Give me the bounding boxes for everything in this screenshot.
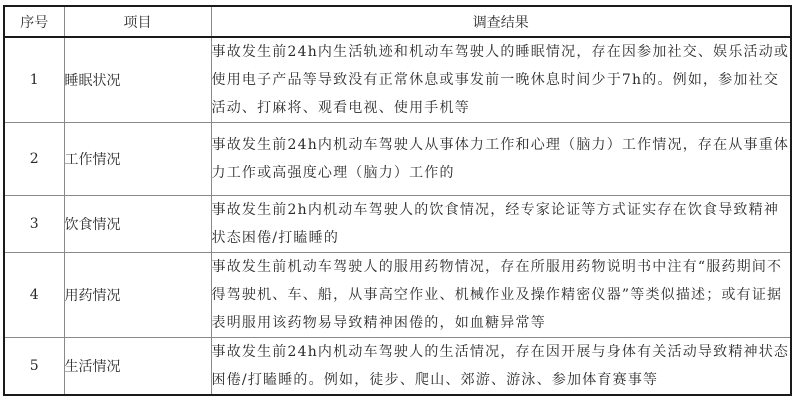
- row-number: 4: [4, 253, 64, 338]
- row-result: 事故发生前2h内机动车驾驶人的饮食情况，经专家论证等方式证实存在饮食导致精神状态…: [211, 196, 791, 253]
- survey-results-table: 序号 项目 调查结果 1 睡眠状况 事故发生前24h内生活轨迹和机动车驾驶人的睡…: [3, 5, 792, 396]
- row-result: 事故发生前24h内机动车驾驶人从事体力工作和心理（脑力）工作情况，存在从事重体力…: [211, 123, 791, 196]
- header-item: 项目: [64, 6, 211, 37]
- table-row: 2 工作情况 事故发生前24h内机动车驾驶人从事体力工作和心理（脑力）工作情况，…: [4, 123, 791, 196]
- table-header-row: 序号 项目 调查结果: [4, 6, 791, 37]
- header-survey-result: 调查结果: [211, 6, 791, 37]
- row-number: 5: [4, 338, 64, 396]
- header-serial-number: 序号: [4, 6, 64, 37]
- row-result: 事故发生前24h内机动车驾驶人的生活情况，存在因开展与身体有关活动导致精神状态困…: [211, 338, 791, 396]
- row-item: 睡眠状况: [64, 37, 211, 123]
- row-item: 工作情况: [64, 123, 211, 196]
- row-number: 2: [4, 123, 64, 196]
- table-row: 1 睡眠状况 事故发生前24h内生活轨迹和机动车驾驶人的睡眠情况，存在因参加社交…: [4, 37, 791, 123]
- row-number: 1: [4, 37, 64, 123]
- row-item: 用药情况: [64, 253, 211, 338]
- table-row: 5 生活情况 事故发生前24h内机动车驾驶人的生活情况，存在因开展与身体有关活动…: [4, 338, 791, 396]
- row-item: 饮食情况: [64, 196, 211, 253]
- table-row: 3 饮食情况 事故发生前2h内机动车驾驶人的饮食情况，经专家论证等方式证实存在饮…: [4, 196, 791, 253]
- row-item: 生活情况: [64, 338, 211, 396]
- row-result: 事故发生前24h内生活轨迹和机动车驾驶人的睡眠情况，存在因参加社交、娱乐活动或使…: [211, 37, 791, 123]
- row-number: 3: [4, 196, 64, 253]
- table-row: 4 用药情况 事故发生前机动车驾驶人的服用药物情况，存在所服用药物说明书中注有“…: [4, 253, 791, 338]
- row-result: 事故发生前机动车驾驶人的服用药物情况，存在所服用药物说明书中注有“服药期间不得驾…: [211, 253, 791, 338]
